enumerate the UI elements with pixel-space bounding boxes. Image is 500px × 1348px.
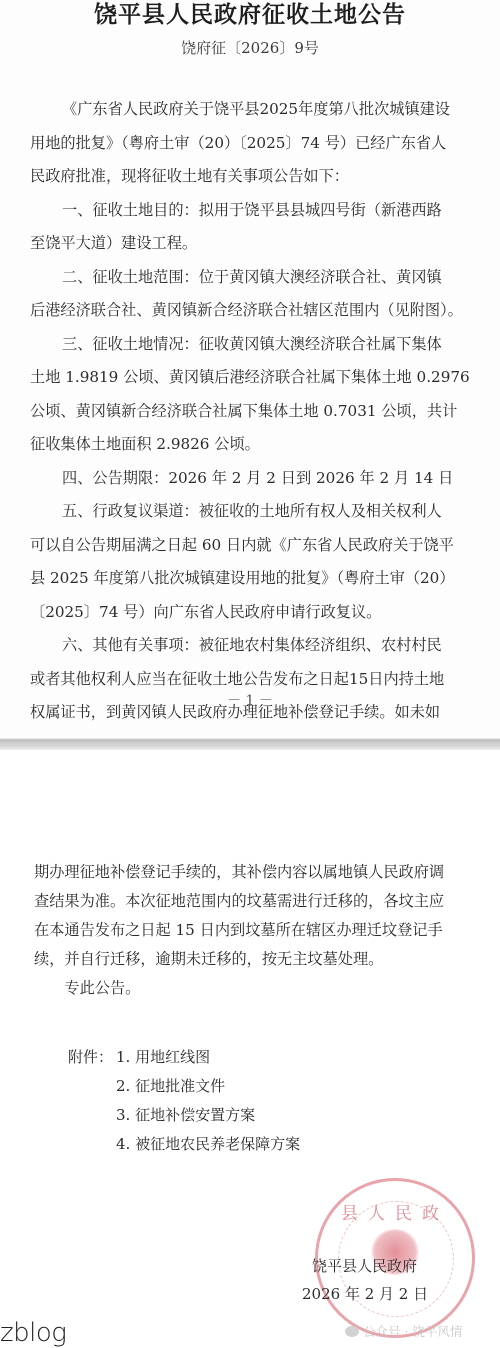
attachment-item: 3. 征地补偿安置方案 — [68, 1101, 300, 1130]
text-line: 查结果为准。本次征地范围内的坟墓需进行迁移的，各坟主应 — [34, 887, 484, 916]
attachments-list: 附件：1. 用地红线图2. 征地批准文件3. 征地补偿安置方案4. 被征地农民养… — [68, 1043, 300, 1159]
seal-text: 县人民政 — [318, 1199, 472, 1224]
attachment-title: 4. 被征地农民养老保障方案 — [116, 1135, 300, 1153]
site-label: zblog — [0, 1318, 66, 1348]
signature-date: 2026 年 2 月 2 日 — [302, 1280, 428, 1308]
attachment-title: 3. 征地补偿安置方案 — [116, 1106, 255, 1124]
text-line: 《广东省人民政府关于饶平县2025年度第八批次城镇建设 — [30, 93, 478, 127]
document-number: 饶府征〔2026〕9号 — [0, 38, 500, 58]
attachment-item: 附件：1. 用地红线图 — [68, 1043, 300, 1072]
text-line: 四、公告期限：2026 年 2 月 2 日到 2026 年 2 月 14 日 — [30, 462, 478, 496]
text-line: 征收集体土地面积 2.9826 公顷。 — [30, 428, 478, 462]
document-page-1: 饶平县人民政府征收土地公告 饶府征〔2026〕9号 《广东省人民政府关于饶平县2… — [0, 0, 500, 738]
text-line: 至饶平大道）建设工程。 — [30, 227, 478, 261]
signature-organization: 饶平县人民政府 — [312, 1252, 428, 1280]
text-line: 用地的批复》（粤府土审（20）〔2025〕74 号）已经广东省人 — [30, 127, 478, 161]
attachment-title: 1. 用地红线图 — [116, 1048, 210, 1066]
wechat-watermark: 公众号 · 饶平风情 — [345, 1322, 462, 1340]
wechat-icon — [345, 1326, 359, 1337]
text-line: 五、行政复议渠道：被征收的土地所有权人及相关权利人 — [30, 495, 478, 529]
text-line: 〔2025〕74 号）向广东省人民政府申请行政复议。 — [30, 596, 478, 630]
text-line: 县 2025 年度第八批次城镇建设用地的批复》（粤府土审（20） — [30, 562, 478, 596]
text-line: 一、征收土地目的：拟用于饶平县县城四号街（新港西路 — [30, 194, 478, 228]
text-line: 专此公告。 — [34, 974, 484, 1003]
text-line: 在本通告发布之日起 15 日内到坟墓所在辖区办理迁坟登记手 — [34, 916, 484, 945]
text-line: 公顷、黄冈镇新合经济联合社属下集体土地 0.7031 公顷，共计 — [30, 395, 478, 429]
attachment-title: 2. 征地批准文件 — [116, 1077, 225, 1095]
text-line: 续，并自行迁移，逾期未迁移的，按无主坟墓处理。 — [34, 945, 484, 974]
text-line: 后港经济联合社、黄冈镇新合经济联合社辖区范围内（见附图）。 — [30, 294, 478, 328]
text-line: 三、征收土地情况：征收黄冈镇大澳经济联合社属下集体 — [30, 328, 478, 362]
text-line: 二、征收土地范围：位于黄冈镇大澳经济联合社、黄冈镇 — [30, 261, 478, 295]
document-title: 饶平县人民政府征收土地公告 — [0, 0, 500, 30]
page-number: － 1 － — [0, 690, 500, 710]
watermark-text: 公众号 · 饶平风情 — [363, 1324, 462, 1339]
announcement-body-continued: 期办理征地补偿登记手续的，其补偿内容以属地镇人民政府调查结果为准。本次征地范围内… — [34, 858, 484, 1003]
text-line: 期办理征地补偿登记手续的，其补偿内容以属地镇人民政府调 — [34, 858, 484, 887]
page-divider — [0, 738, 500, 750]
signature-block: 饶平县人民政府 2026 年 2 月 2 日 — [312, 1252, 428, 1308]
attachment-item: 4. 被征地农民养老保障方案 — [68, 1130, 300, 1159]
text-line: 可以自公告期届满之日起 60 日内就《广东省人民政府关于饶平 — [30, 529, 478, 563]
text-line: 六、其他有关事项：被征地农村集体经济组织、农村村民 — [30, 629, 478, 663]
attachments-label: 附件： — [68, 1043, 116, 1072]
text-line: 民政府批准，现将征收土地有关事项公告如下： — [30, 160, 478, 194]
announcement-body: 《广东省人民政府关于饶平县2025年度第八批次城镇建设用地的批复》（粤府土审（2… — [30, 93, 478, 730]
attachment-item: 2. 征地批准文件 — [68, 1072, 300, 1101]
text-line: 土地 1.9819 公顷、黄冈镇后港经济联合社属下集体土地 0.2976 — [30, 361, 478, 395]
